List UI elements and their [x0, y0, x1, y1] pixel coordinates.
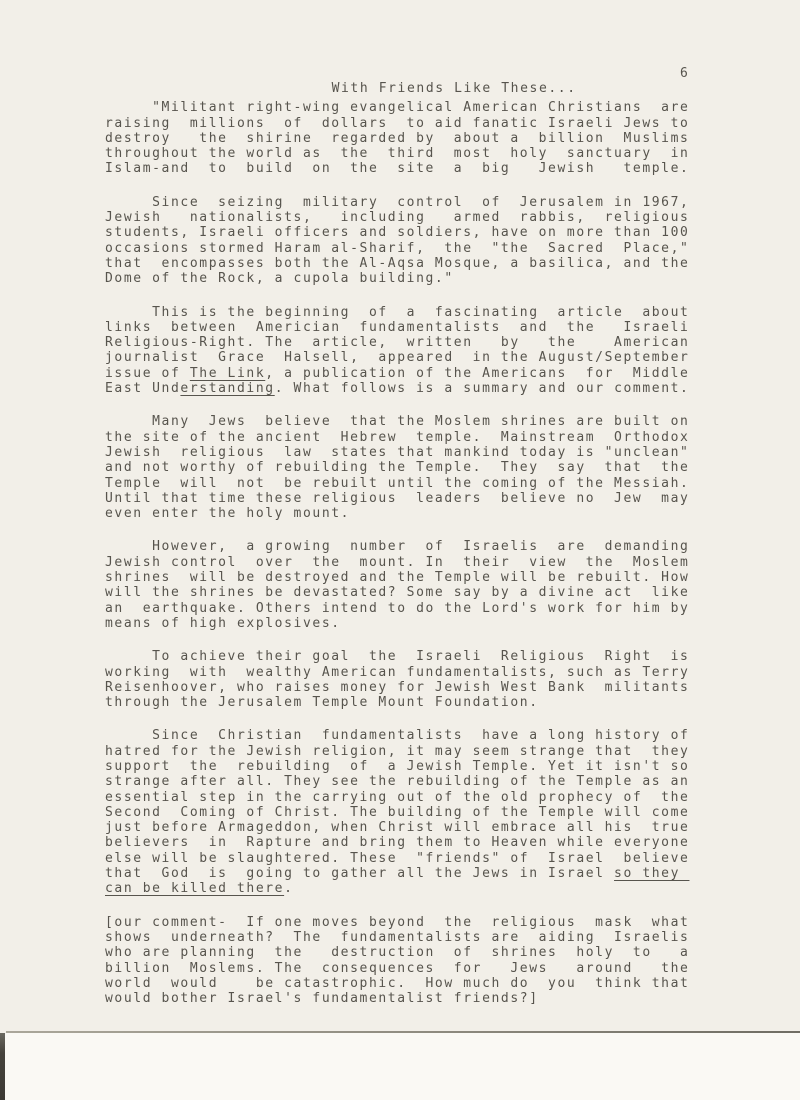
paragraph-many-jews: Many Jews believe that the Moslem shrine… [105, 414, 700, 521]
scanned-document-page: With Friends Like These... 6 "Militant r… [0, 0, 800, 1100]
paragraph-text: Since Christian fundamentalists have a l… [105, 728, 689, 881]
underlined-emphasis: can be killed there [105, 881, 284, 896]
paragraph-militant-quote: "Militant right-wing evangelical America… [105, 100, 700, 176]
paragraph-text: . What follows is a summary and our comm… [275, 381, 690, 396]
underlined-publication-name: The Link [190, 366, 265, 381]
paragraph-since-christian: Since Christian fundamentalists have a l… [105, 728, 700, 896]
paragraph-since-seizing: Since seizing military control of Jerusa… [105, 195, 700, 287]
scan-page-edge-line [6, 1031, 800, 1033]
scan-corner-artifact [0, 1033, 5, 1100]
underlined-emphasis: so they [614, 866, 689, 881]
paragraph-article-intro: This is the beginning of a fascinating a… [105, 305, 700, 397]
paragraph-text: . [284, 881, 293, 896]
paragraph-our-comment: [our comment- If one moves beyond the re… [105, 915, 700, 1007]
paragraph-however: However, a growing number of Israelis ar… [105, 539, 700, 631]
underlined-text: erstanding [180, 381, 274, 396]
paragraph-to-achieve: To achieve their goal the Israeli Religi… [105, 649, 700, 710]
page-header: With Friends Like These... 6 [105, 66, 700, 81]
page-number: 6 [680, 66, 689, 81]
document-text-column: With Friends Like These... 6 "Militant r… [105, 66, 700, 1024]
page-title: With Friends Like These... [332, 81, 577, 96]
scan-lower-margin [0, 1033, 800, 1100]
